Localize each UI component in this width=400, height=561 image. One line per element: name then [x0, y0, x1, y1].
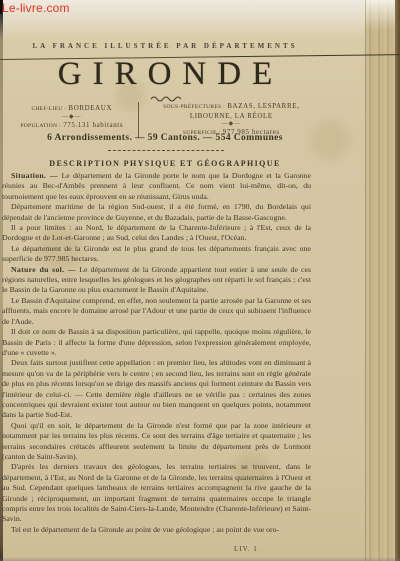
fleuron-ornament: —◆—: [6, 114, 138, 121]
population-value: 775.131 habitants: [63, 121, 123, 129]
paragraph: Il doit ce nom de Bassin à sa dispositio…: [2, 327, 311, 358]
paragraph: D'après les derniers travaux des géologu…: [2, 462, 311, 524]
paragraph: Il a pour limites : au Nord, le départem…: [2, 223, 311, 244]
administrative-stats: 6 Arrondissements. — 59 Cantons. — 554 C…: [0, 133, 330, 143]
chef-lieu-label: CHEF-LIEU :: [31, 106, 66, 112]
book-cover-edge: [395, 0, 400, 561]
squiggle-ornament: [150, 95, 182, 102]
fleuron-ornament: —◆—: [139, 121, 324, 128]
paragraph: Deux faits surtout justifient cette appe…: [2, 358, 311, 420]
paragraph: Quoi qu'il en soit, le département de la…: [2, 421, 311, 463]
paragraph-lead: Situation. —: [11, 171, 62, 180]
scan-bottom-shadow: [0, 557, 400, 561]
seller-watermark: Le-livre.com: [2, 1, 70, 15]
sous-prefectures-line-2: LIBOURNE, LA RÉOLE: [139, 112, 324, 121]
population-label: POPULATION :: [20, 123, 60, 129]
chef-lieu-value: BORDEAUX: [68, 104, 112, 112]
sous-prefectures-label: SOUS-PRÉFECTURES :: [163, 104, 225, 110]
signature-mark: LIV. 1: [234, 545, 258, 553]
scanned-book-page: Le-livre.com LA FRANCE ILLUSTRÉE PAR DÉP…: [0, 0, 400, 561]
stats-divider: [108, 150, 224, 151]
series-title: LA FRANCE ILLUSTRÉE PAR DÉPARTEMENTS: [0, 42, 330, 50]
paragraph: Tel est le département de la Gironde au …: [2, 525, 311, 535]
sous-prefectures-values-1: BAZAS, LESPARRE,: [227, 102, 299, 110]
paragraph: Le Bassin d'Aquitaine comprend, en effet…: [2, 296, 311, 327]
paragraph: Nature du sol. — Le département de la Gi…: [2, 265, 311, 296]
section-heading: DESCRIPTION PHYSIQUE ET GÉOGRAPHIQUE: [0, 159, 330, 168]
paragraph: Le département de la Gironde est le plus…: [2, 244, 311, 265]
population-line: POPULATION : 775.131 habitants: [6, 121, 138, 131]
sous-prefectures-line: SOUS-PRÉFECTURES : BAZAS, LESPARRE,: [139, 102, 324, 112]
body-text: Situation. — Le département de la Girond…: [2, 171, 311, 535]
paragraph-lead: Nature du sol. —: [11, 265, 79, 274]
paragraph: Situation. — Le département de la Girond…: [2, 171, 311, 202]
chef-lieu-line: CHEF-LIEU : BORDEAUX: [6, 104, 138, 114]
page-title: GIRONDE: [0, 56, 330, 93]
paragraph: Département maritime de la région Sud-ou…: [2, 202, 311, 223]
